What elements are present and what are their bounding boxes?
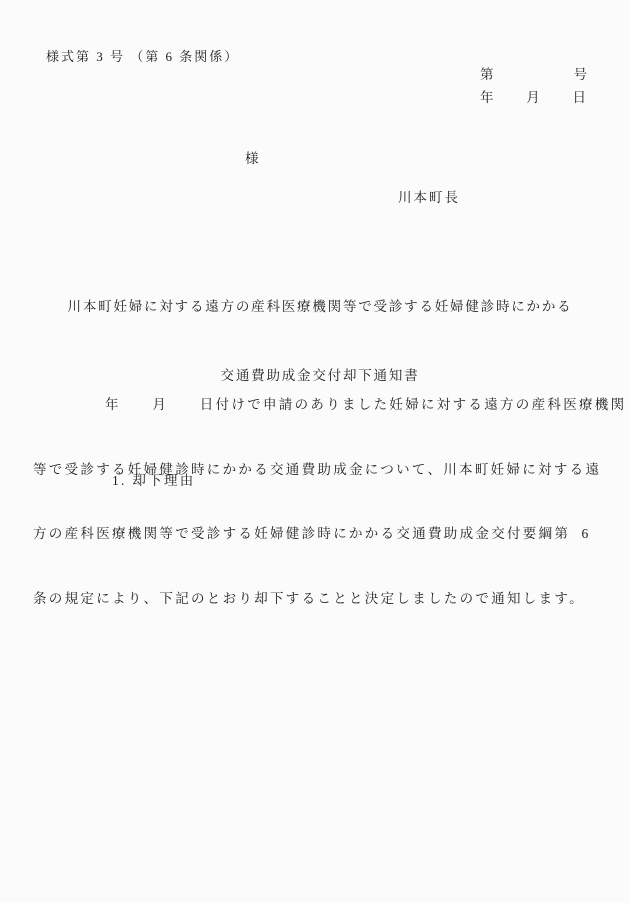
document-number-suffix: 号	[574, 67, 588, 83]
body-paragraph: 年 月 日付けで申請のありました妊婦に対する遠方の産科医療機関 等で受診する妊婦…	[33, 351, 610, 652]
date-day-label: 日	[573, 90, 587, 106]
document-number-line: 第 号	[480, 67, 587, 83]
body-line-3: 方の産科医療機関等で受診する妊婦健診時にかかる交通費助成金交付要綱第 6	[33, 523, 610, 545]
rejection-reason-heading: 1. 却下理由	[112, 472, 196, 489]
body-line-4: 条の規定により、下記のとおり却下することと決定しましたので通知します。	[33, 588, 610, 610]
form-number: 様式第 3 号 （第 6 条関係）	[46, 49, 239, 65]
body-line-1: 年 月 日付けで申請のありました妊婦に対する遠方の産科医療機関	[33, 394, 610, 416]
date-year-label: 年	[480, 90, 494, 106]
date-month-label: 月	[526, 90, 540, 106]
sender-name: 川本町長	[398, 189, 460, 206]
addressee-honorific: 様	[245, 151, 259, 167]
document-page: 様式第 3 号 （第 6 条関係） 第 号 年 月 日 様 川本町長 川本町妊婦…	[0, 0, 630, 903]
document-title-line-1: 川本町妊婦に対する遠方の産科医療機関等で受診する妊婦健診時にかかる	[10, 295, 630, 318]
date-line: 年 月 日	[480, 90, 586, 106]
document-number-prefix: 第	[480, 67, 494, 83]
